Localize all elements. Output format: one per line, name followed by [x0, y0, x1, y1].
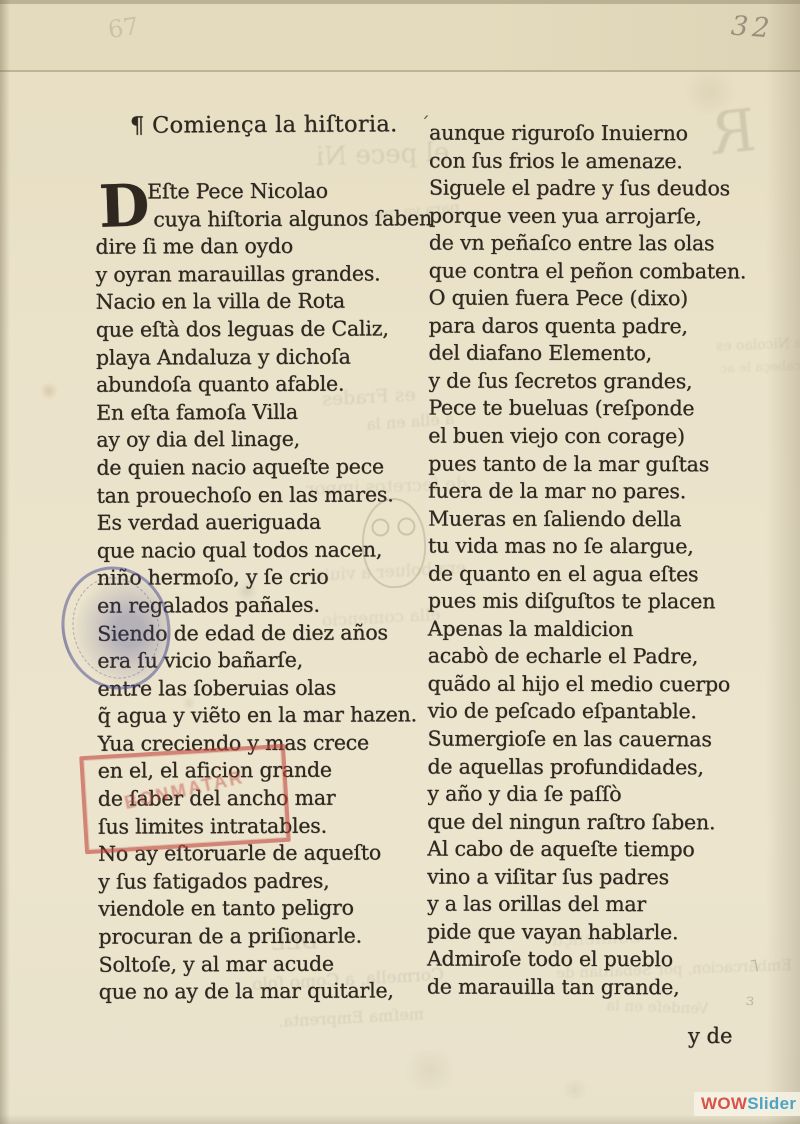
poem-line: y año y dia ſe paſſò: [427, 781, 772, 809]
poem-line: ay oy dia del linage,: [96, 426, 416, 455]
scan-top-rim: [0, 0, 800, 4]
right-column: aunque riguroſo Inuiernocon ſus frios le…: [427, 120, 774, 1002]
poem-line: procuran de a priſionarle.: [98, 922, 418, 951]
poem-line: quãdo al hijo el medio cuerpo: [428, 670, 773, 698]
poem-line: Soltoſe, y al mar acude: [99, 950, 419, 979]
poem-line: tu vida mas no ſe alargue,: [428, 533, 773, 561]
poem-line: Apenas la maldicion: [428, 615, 773, 643]
poem-line: de marauilla tan grande,: [427, 974, 772, 1002]
poem-line: Pece te bueluas (reſponde: [428, 395, 773, 423]
poem-line: que contra el peñon combaten.: [429, 257, 774, 285]
poem-line: porque veen yua arrojarſe,: [429, 202, 774, 230]
section-heading: ¶ Comiença la hiſtoria.: [130, 111, 398, 138]
wowslider-watermark[interactable]: WOWSlider: [694, 1092, 800, 1116]
poem-line: Al cabo de aqueſte tiempo: [427, 836, 772, 864]
pencil-mark: 67: [106, 12, 140, 44]
poem-line: del diafano Elemento,: [429, 340, 774, 368]
poem-line: En eſta famoſa Villa: [96, 398, 416, 427]
poem-line: con ſus frios le amenaze.: [429, 147, 774, 175]
watermark-slider: Slider: [747, 1094, 796, 1113]
poem-line: que no ay de la mar quitarle,: [99, 978, 419, 1007]
embossed-seal: [360, 497, 427, 589]
poem-line: de aquellas profundidades,: [427, 753, 772, 781]
bottom-edge-shadow: [0, 1114, 800, 1124]
poem-line: dire ſi me dan oydo: [95, 232, 415, 261]
poem-line: de quien nacio aqueſte pece: [96, 453, 416, 482]
poem-line: que eſtà dos leguas de Caliz,: [96, 315, 416, 344]
poem-line: tan prouechoſo en las mares.: [97, 481, 417, 510]
poem-line: y a las orillas del mar: [427, 891, 772, 919]
poem-line: abundoſa quanto afable.: [96, 370, 416, 399]
poem-line: y ſus fatigados padres,: [98, 867, 418, 896]
poem-line: que del ningun raſtro ſaben.: [427, 808, 772, 836]
left-edge-shadow: [0, 0, 10, 1124]
poem-line: O quien fuera Pece (dixo): [429, 285, 774, 313]
catchword: y de: [688, 1024, 732, 1048]
poem-line: Eſte Pece Nicolao: [95, 177, 415, 206]
watermark-wow: WOW: [701, 1094, 747, 1113]
poem-line: de vn peñaſco entre las olas: [429, 230, 774, 258]
poem-line: Mueras en ſaliendo della: [428, 505, 773, 533]
poem-line: de quanto en el agua eſtes: [428, 560, 773, 588]
poem-line: Admiroſe todo el pueblo: [427, 946, 772, 974]
poem-line: Nacio en la villa de Rota: [96, 288, 416, 317]
scanned-page: Rel pece Nies Fradesde ſecretos imporera…: [0, 0, 800, 1124]
poem-line: aunque riguroſo Inuierno: [429, 120, 774, 148]
poem-line: fuera de la mar no pares.: [428, 478, 773, 506]
poem-line: pues tanto de la mar guſtas: [428, 450, 773, 478]
poem-line: q̃ agua y viẽto en la mar hazen.: [97, 702, 417, 731]
red-rectangular-stamp: BONMATAR: [79, 744, 291, 854]
poem-line: el buen viejo con corage): [428, 423, 773, 451]
poem-line: playa Andaluza y dichoſa: [96, 343, 416, 372]
poem-line: vio de peſcado eſpantable.: [428, 698, 773, 726]
poem-line: y de ſus ſecretos grandes,: [428, 367, 773, 395]
poem-line: acabò de echarle el Padre,: [428, 643, 773, 671]
poem-line: viendole en tanto peligro: [98, 895, 418, 924]
red-stamp-text: BONMATAR: [80, 758, 290, 824]
bleedthrough-text: meſma Emprenta.: [278, 1004, 425, 1031]
poem-line: y oyran marauillas grandes.: [96, 260, 416, 289]
handwritten-folio-number: 32: [730, 11, 774, 45]
poem-line: para daros quenta padre,: [429, 312, 774, 340]
poem-line: cuya hiſtoria algunos ſaben: [95, 205, 415, 234]
poem-line: vino a viſitar ſus padres: [427, 863, 772, 891]
poem-line: Sumergioſe en las cauernas: [427, 726, 772, 754]
poem-line: Siguele el padre y ſus deudos: [429, 175, 774, 203]
poem-line: pues mis diſguſtos te placen: [428, 588, 773, 616]
poem-line: pide que vayan hablarle.: [427, 918, 772, 946]
